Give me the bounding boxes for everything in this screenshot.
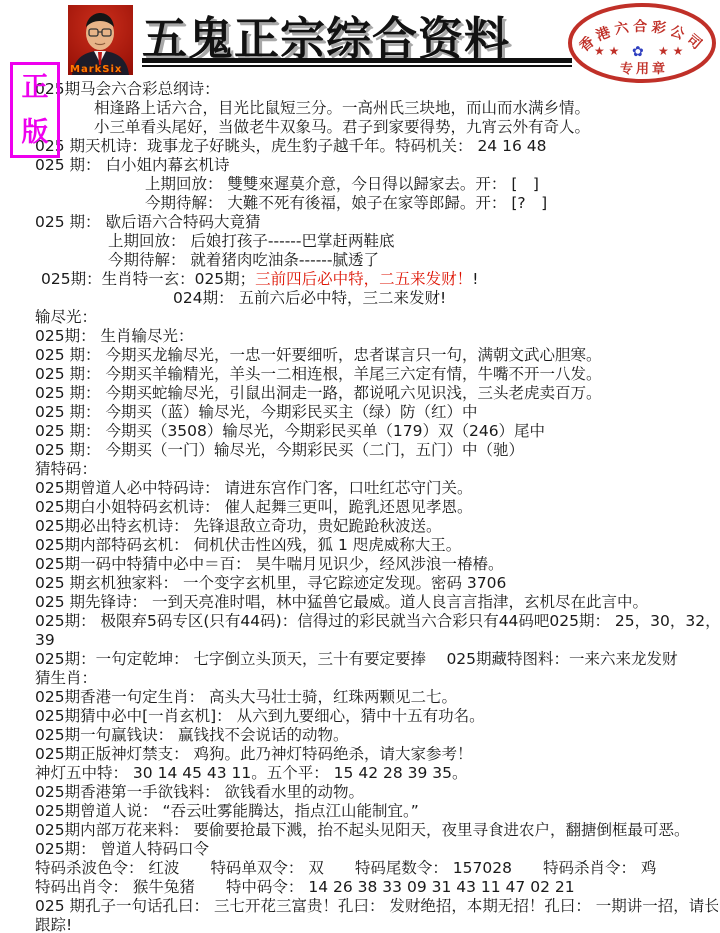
line-text: 025 期： 今期买（蓝）输尽光，今期彩民买主（绿）防（红）中 xyxy=(35,403,477,421)
badge-char-bottom: 版 xyxy=(22,119,49,146)
portrait-photo: MarkSix xyxy=(68,5,133,75)
content-line: 025期： 曾道人特码口令 xyxy=(35,840,718,859)
line-text: 025 期孔子一句话孔曰： 三七开花三富贵！孔曰： 发财绝招，本期无招！孔曰： … xyxy=(35,897,718,915)
stamp-label: 专用章 xyxy=(620,61,668,77)
line-text: 025期猜中必中[一肖玄机]： 从六到九要细心，猜中十五有功名。 xyxy=(35,707,485,725)
line-text: 025 期玄机独家料： 一个变字玄机里，寻它踪迹定发现。密码 3706 xyxy=(35,574,506,592)
line-text: 025期曾道人说： “吞云吐雾能腾达，指点江山能制宜。” xyxy=(35,802,419,820)
content-line: 跟踪! xyxy=(35,916,718,933)
line-text: 神灯五中特： 30 14 45 43 11。五个平： 15 42 28 39 3… xyxy=(35,764,468,782)
line-text: 025期正版神灯禁支： 鸡狗。此乃神灯特码绝杀，请大家参考！ xyxy=(35,745,473,763)
line-text: 025期：一句定乾坤： 七字倒立头顶天，三十有要定要捧 025期藏特图料：一来六… xyxy=(35,650,678,668)
line-text: 今期待解： 大難不死有後福，娘子在家等郎歸。开： [? ] xyxy=(145,194,547,212)
line-text: 025期内部特码玄机： 伺机伏击性凶残，狐 1 咫虎威称大王。 xyxy=(35,536,461,554)
line-text: 025 期天机诗：珑事龙子好眺头，虎生豹子越千年。特码机关： 24 16 48 xyxy=(35,137,546,155)
content-line: 025期： 生肖输尽光： xyxy=(35,327,718,346)
content-line: 025期猜中必中[一肖玄机]： 从六到九要细心，猜中十五有功名。 xyxy=(35,707,718,726)
content-line: 025期内部特码玄机： 伺机伏击性凶残，狐 1 咫虎威称大王。 xyxy=(35,536,718,555)
line-text: 上期回放： 雙雙來遲莫介意，今日得以歸家去。开： [ ] xyxy=(145,175,539,193)
line-text: 特码杀波色令： 红波 特码单双令： 双 特码尾数令： 157028 特码杀肖令：… xyxy=(35,859,656,877)
line-text: 024期： 五前六后必中特，三二来发财! xyxy=(173,289,446,307)
content-line: 025期必出特玄机诗： 先锋退敌立奇功，贵妃跪跄秋波送。 xyxy=(35,517,718,536)
title-underline xyxy=(142,58,572,67)
content-line: 特码杀波色令： 红波 特码单双令： 双 特码尾数令： 157028 特码杀肖令：… xyxy=(35,859,718,878)
content-line: 025期曾道人说： “吞云吐雾能腾达，指点江山能制宜。” xyxy=(35,802,718,821)
content-line: 上期回放： 后娘打孩子------巴掌赶两鞋底 xyxy=(108,232,718,251)
authentic-edition-badge: 正 版 xyxy=(10,62,60,158)
content-line: 025 期： 今期买（蓝）输尽光，今期彩民买主（绿）防（红）中 xyxy=(35,403,718,422)
line-text: 025期曾道人必中特码诗： 请进东宫作门客，口吐红芯守门关。 xyxy=(35,479,473,497)
content-lines: 025期马会六合彩总纲诗：相逢路上话六合，目光比鼠短三分。一高州氏三块地，而山而… xyxy=(0,80,720,933)
highlighted-text: 三前四后必中特，二五来发财！ xyxy=(255,270,472,288)
line-text: 025期一码中特猜中必中＝百： 昊牛喘月见识少，经风涉浪一椿椿。 xyxy=(35,555,504,573)
content-line: 025 期： 今期买羊输精光，羊头一二相连根，羊尾三六定有情，牛嘴不开一八发。 xyxy=(35,365,718,384)
company-stamp: 香港六合彩公司 ★ ★ ✿ ★ ★ 专用章 xyxy=(566,2,718,84)
line-text: 025期：生肖特一玄：025期； xyxy=(41,270,255,288)
content-line: 025期香港一句定生肖： 高头大马壮士骑，红珠两颗见二七。 xyxy=(35,688,718,707)
line-text: ! xyxy=(472,270,478,288)
content-line: 025 期： 白小姐内幕玄机诗 xyxy=(35,156,718,175)
content-line: 025期：生肖特一玄：025期；三前四后必中特，二五来发财！! xyxy=(41,270,718,289)
line-text: 025期： 曾道人特码口令 xyxy=(35,840,209,858)
content-line: 025期正版神灯禁支： 鸡狗。此乃神灯特码绝杀，请大家参考！ xyxy=(35,745,718,764)
line-text: 025 期： 歇后语六合特码大竟猜 xyxy=(35,213,260,231)
stamp-stars-left: ★ ★ xyxy=(594,44,619,58)
line-text: 025期： 极限弃5码专区(只有44码)：信得过的彩民就当六合彩只有44码吧02… xyxy=(35,612,718,630)
line-text: 025期内部万花来料： 要偷要抢最下溅，抬不起头见阳天，夜里寻食进农户，翻搪倒框… xyxy=(35,821,690,839)
line-text: 025期白小姐特码玄机诗： 催人起舞三更叫，跪乳还恩见孝恩。 xyxy=(35,498,473,516)
content-line: 相逢路上话六合，目光比鼠短三分。一高州氏三块地，而山而水满乡情。 xyxy=(94,99,718,118)
stamp-illustration: 香港六合彩公司 ★ ★ ✿ ★ ★ 专用章 xyxy=(566,2,718,84)
content-line: 024期： 五前六后必中特，三二来发财! xyxy=(173,289,718,308)
content-line: 39 xyxy=(35,631,718,650)
line-text: 025期必出特玄机诗： 先锋退敌立奇功，贵妃跪跄秋波送。 xyxy=(35,517,442,535)
content-line: 025 期： 今期买（3508）输尽光，今期彩民买单（179）双（246）尾中 xyxy=(35,422,718,441)
content-line: 025 期： 今期买龙输尽光，一忠一奸要细听，忠者谋言只一句，满朝文武心胆寒。 xyxy=(35,346,718,365)
content-line: 025期： 极限弃5码专区(只有44码)：信得过的彩民就当六合彩只有44码吧02… xyxy=(35,612,718,631)
content-line: 今期待解： 就着猪肉吃油条------腻透了 xyxy=(108,251,718,270)
line-text: 025期： 生肖输尽光： xyxy=(35,327,194,345)
content-line: 今期待解： 大難不死有後福，娘子在家等郎歸。开： [? ] xyxy=(145,194,718,213)
line-text: 025 期： 今期买蛇输尽光，引鼠出洞走一路，都说吼六见识浅，三头老虎卖百万。 xyxy=(35,384,601,402)
content-line: 猜生肖： xyxy=(35,669,718,688)
badge-char-top: 正 xyxy=(22,74,49,101)
content-line: 025期一码中特猜中必中＝百： 昊牛喘月见识少，经风涉浪一椿椿。 xyxy=(35,555,718,574)
line-text: 猜特码： xyxy=(35,460,97,478)
content-line: 025 期： 今期买蛇输尽光，引鼠出洞走一路，都说吼六见识浅，三头老虎卖百万。 xyxy=(35,384,718,403)
content-line: 025期香港第一手欲钱料： 欲钱看水里的动物。 xyxy=(35,783,718,802)
line-text: 025 期： 今期买龙输尽光，一忠一奸要细听，忠者谋言只一句，满朝文武心胆寒。 xyxy=(35,346,601,364)
line-text: 025期马会六合彩总纲诗： xyxy=(35,80,220,98)
content-line: 025 期： 歇后语六合特码大竟猜 xyxy=(35,213,718,232)
content-line: 025 期先锋诗： 一到天亮准时唱，林中猛兽它最威。道人良言言指津，玄机尽在此言… xyxy=(35,593,718,612)
content-line: 025期：一句定乾坤： 七字倒立头顶天，三十有要定要捧 025期藏特图料：一来六… xyxy=(35,650,718,669)
line-text: 025期一句赢钱诀： 赢钱找不会说话的动物。 xyxy=(35,726,349,744)
line-text: 上期回放： 后娘打孩子------巴掌赶两鞋底 xyxy=(108,232,395,250)
content-line: 025期白小姐特码玄机诗： 催人起舞三更叫，跪乳还恩见孝恩。 xyxy=(35,498,718,517)
page-title: 五鬼正宗综合资料 xyxy=(142,2,572,58)
line-text: 39 xyxy=(35,631,55,649)
photo-caption: MarkSix xyxy=(70,64,122,75)
line-text: 输尽光： xyxy=(35,308,97,326)
content-line: 025 期天机诗：珑事龙子好眺头，虎生豹子越千年。特码机关： 24 16 48 xyxy=(35,137,718,156)
content-line: 025期马会六合彩总纲诗： xyxy=(35,80,718,99)
line-text: 025 期： 白小姐内幕玄机诗 xyxy=(35,156,229,174)
content-line: 特码出肖令： 猴牛兔猪 特中码令： 14 26 38 33 09 31 43 1… xyxy=(35,878,718,897)
content-line: 上期回放： 雙雙來遲莫介意，今日得以歸家去。开： [ ] xyxy=(145,175,718,194)
line-text: 今期待解： 就着猪肉吃油条------腻透了 xyxy=(108,251,379,269)
content-line: 神灯五中特： 30 14 45 43 11。五个平： 15 42 28 39 3… xyxy=(35,764,718,783)
line-text: 025期香港一句定生肖： 高头大马壮士骑，红珠两颗见二七。 xyxy=(35,688,457,706)
content-line: 025期内部万花来料： 要偷要抢最下溅，抬不起头见阳天，夜里寻食进农户，翻搪倒框… xyxy=(35,821,718,840)
content-line: 025 期： 今期买（一门）输尽光，今期彩民买（二门，五门）中（驰） xyxy=(35,441,718,460)
content-line: 小三单看头尾好，当做老牛双象马。君子到家要得势，九宵云外有奇人。 xyxy=(94,118,718,137)
line-text: 025 期： 今期买羊输精光，羊头一二相连根，羊尾三六定有情，牛嘴不开一八发。 xyxy=(35,365,601,383)
stamp-flower-icon: ✿ xyxy=(632,44,644,60)
page: MarkSix 五鬼正宗综合资料 香港六合彩公司 ★ ★ ✿ ★ ★ 专用章 正… xyxy=(0,0,720,933)
line-text: 025期香港第一手欲钱料： 欲钱看水里的动物。 xyxy=(35,783,364,801)
content-line: 025 期孔子一句话孔曰： 三七开花三富贵！孔曰： 发财绝招，本期无招！孔曰： … xyxy=(35,897,718,916)
content-line: 025期一句赢钱诀： 赢钱找不会说话的动物。 xyxy=(35,726,718,745)
stamp-stars-right: ★ ★ xyxy=(658,44,683,58)
line-text: 025 期： 今期买（一门）输尽光，今期彩民买（二门，五门）中（驰） xyxy=(35,441,524,459)
content-line: 猜特码： xyxy=(35,460,718,479)
content-line: 025期曾道人必中特码诗： 请进东宫作门客，口吐红芯守门关。 xyxy=(35,479,718,498)
line-text: 025 期先锋诗： 一到天亮准时唱，林中猛兽它最威。道人良言言指津，玄机尽在此言… xyxy=(35,593,648,611)
line-text: 特码出肖令： 猴牛兔猪 特中码令： 14 26 38 33 09 31 43 1… xyxy=(35,878,575,896)
content-line: 输尽光： xyxy=(35,308,718,327)
line-text: 跟踪! xyxy=(35,916,72,933)
content-line: 025 期玄机独家料： 一个变字玄机里，寻它踪迹定发现。密码 3706 xyxy=(35,574,718,593)
line-text: 相逢路上话六合，目光比鼠短三分。一高州氏三块地，而山而水满乡情。 xyxy=(94,99,590,117)
line-text: 小三单看头尾好，当做老牛双象马。君子到家要得势，九宵云外有奇人。 xyxy=(94,118,590,136)
line-text: 猜生肖： xyxy=(35,669,97,687)
line-text: 025 期： 今期买（3508）输尽光，今期彩民买单（179）双（246）尾中 xyxy=(35,422,545,440)
